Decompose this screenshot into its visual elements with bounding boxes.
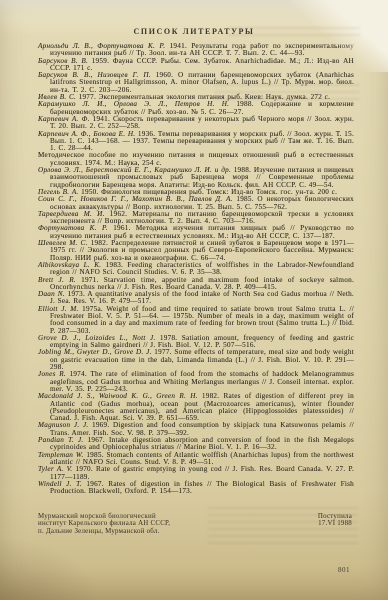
reference-entry: Арнольди Л. В., Фортунатова К. Р. 1941. …	[38, 43, 354, 58]
reference-entry: Albikovskaya L. K. 1983. Feeding charact…	[38, 262, 354, 277]
received-label: Поступила	[318, 513, 352, 520]
reference-text: 1941. Скорость переваривания у некоторых…	[50, 115, 354, 130]
reference-entry: Elliott J. M. 1975a. Weight of food and …	[38, 306, 354, 335]
reference-text: 1959. Фауна СССР. Рыбы. Сем. Зубаток. An…	[50, 57, 354, 72]
reference-entry: Macdonald J. S., Waiwood K. G., Green R.…	[38, 393, 354, 422]
reference-entry: Карамушко Л. И., Орлова Э. Л., Петров Н.…	[38, 101, 354, 116]
reference-text: 1967. Rates of digestion in fishes // Th…	[50, 480, 354, 495]
reference-text: 1967. Intake digestion absorption and co…	[50, 436, 354, 451]
affiliation-line: п. Дальние Зеленцы, Мурманской обл.	[38, 528, 170, 535]
reference-text: 1971. Starvation time, appetite and maxi…	[50, 276, 354, 291]
reference-entry: Windell J. T. 1967. Rates of digestion i…	[38, 481, 354, 496]
reference-list: Арнольди Л. В., Фортунатова К. Р. 1941. …	[0, 43, 388, 505]
reference-entry: Шевелев М. С. 1982. Распределение пятнис…	[38, 240, 354, 262]
reference-entry: Методическое пособие по изучению питания…	[38, 152, 354, 167]
reference-entry: Magnuson J. J. 1969. Digestion and food …	[38, 422, 354, 437]
reference-entry: Орлова Э. Л., Берестовский Е. Г., Караму…	[38, 167, 354, 189]
received-stamp: Поступила 17.VI 1988	[318, 513, 352, 528]
affiliation-line: институт Карельского филиала АН СССР,	[38, 520, 170, 527]
affiliation: Мурманский морской биологический институ…	[38, 513, 170, 535]
reference-text: 1970. Rate of gastric emptying in young …	[50, 465, 354, 480]
affiliation-line: Мурманский морской биологический	[38, 513, 170, 520]
page-number: 801	[338, 566, 350, 574]
reference-text: 1975a. Weight of food and time required …	[50, 305, 354, 335]
scanned-page: СПИСОК ЛИТЕРАТУРЫ Арнольди Л. В., Фортун…	[0, 0, 388, 600]
reference-entry: Карпевич А. Ф., Бокова Е. Н. 1936. Темпы…	[38, 131, 354, 153]
reference-text: 1969. Digestion and food consumption by …	[50, 421, 354, 436]
page-title: СПИСОК ЛИТЕРАТУРЫ	[0, 27, 388, 36]
reference-text: 1973. A quantitative analysis of the foo…	[50, 290, 354, 305]
footer: Мурманский морской биологический институ…	[0, 505, 388, 535]
reference-text: 1982. Распределение пятнистой и синей зу…	[50, 239, 354, 262]
reference-entry: Фортунатова К. Р. 1961. Методика изучени…	[38, 225, 354, 240]
reference-text: Методическое пособие по изучению питания…	[38, 151, 354, 166]
reference-entry: Барсуков В. В., Низовцев Г. П. 1960. О п…	[38, 72, 354, 94]
reference-entry: Daan N. 1973. A quantitative analysis of…	[38, 291, 354, 306]
reference-entry: Pandian T. J. 1967. Intake digestion abs…	[38, 437, 354, 452]
reference-entry: Карпевич А. Ф. 1941. Скорость переварива…	[38, 116, 354, 131]
reference-entry: Барсуков В. В. 1959. Фауна СССР. Рыбы. С…	[38, 58, 354, 73]
reference-entry: Jobling M., Gwyter D., Grove D. J. 1977.…	[38, 349, 354, 371]
reference-entry: Соин С. Г., Новиков Г. Г., Махотин В. В.…	[38, 196, 354, 211]
reference-entry: Brett J. R. 1971. Starvation time, appet…	[38, 277, 354, 292]
reference-text: 1974. The rate of elimination of food fr…	[50, 370, 354, 393]
reference-entry: Tyler A. V. 1970. Rate of gastric emptyi…	[38, 466, 354, 481]
reference-text: 1985. Stomach contents of Atlantic wolff…	[50, 451, 354, 466]
received-date: 17.VI 1988	[318, 520, 352, 527]
reference-entry: Jones R. 1974. The rate of elimination o…	[38, 371, 354, 393]
